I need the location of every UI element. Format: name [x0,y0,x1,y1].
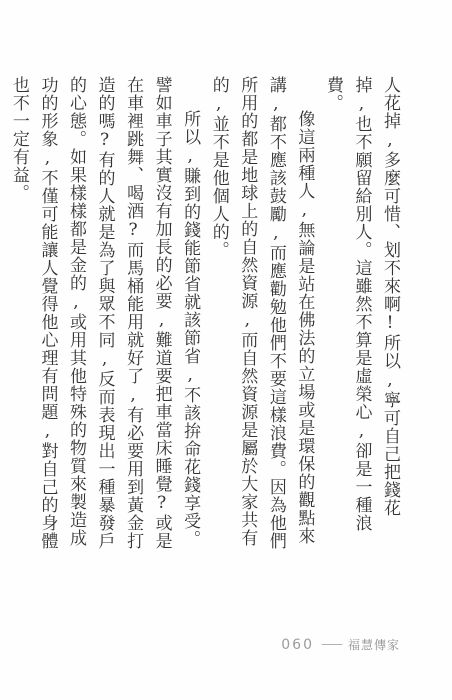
paragraph-2: 像這兩種人,無論是站在佛法的立場或是環保的觀點來講,都不應該鼓勵,而應勸勉他們不… [204,76,318,554]
book-page: 人花掉,多麼可惜、划不來啊!所以,寧可自己把錢花掉,也不願留給別人。這雖然不算是… [0,0,452,700]
footer-dash-separator: —— [321,637,341,651]
vertical-text-block: 人花掉,多麼可惜、划不來啊!所以,寧可自己把錢花掉,也不願留給別人。這雖然不算是… [4,76,404,554]
paragraph-1: 人花掉,多麼可惜、划不來啊!所以,寧可自己把錢花掉,也不願留給別人。這雖然不算是… [318,76,404,554]
book-title: 福慧傳家 [348,636,400,653]
page-number: 060 [281,637,314,653]
paragraph-3: 所以,賺到的錢能節省就該節省,不該拚命花錢享受。譬如車子其實沒有加長的必要,難道… [4,76,204,554]
page-footer: 060 —— 福慧傳家 [281,636,400,653]
